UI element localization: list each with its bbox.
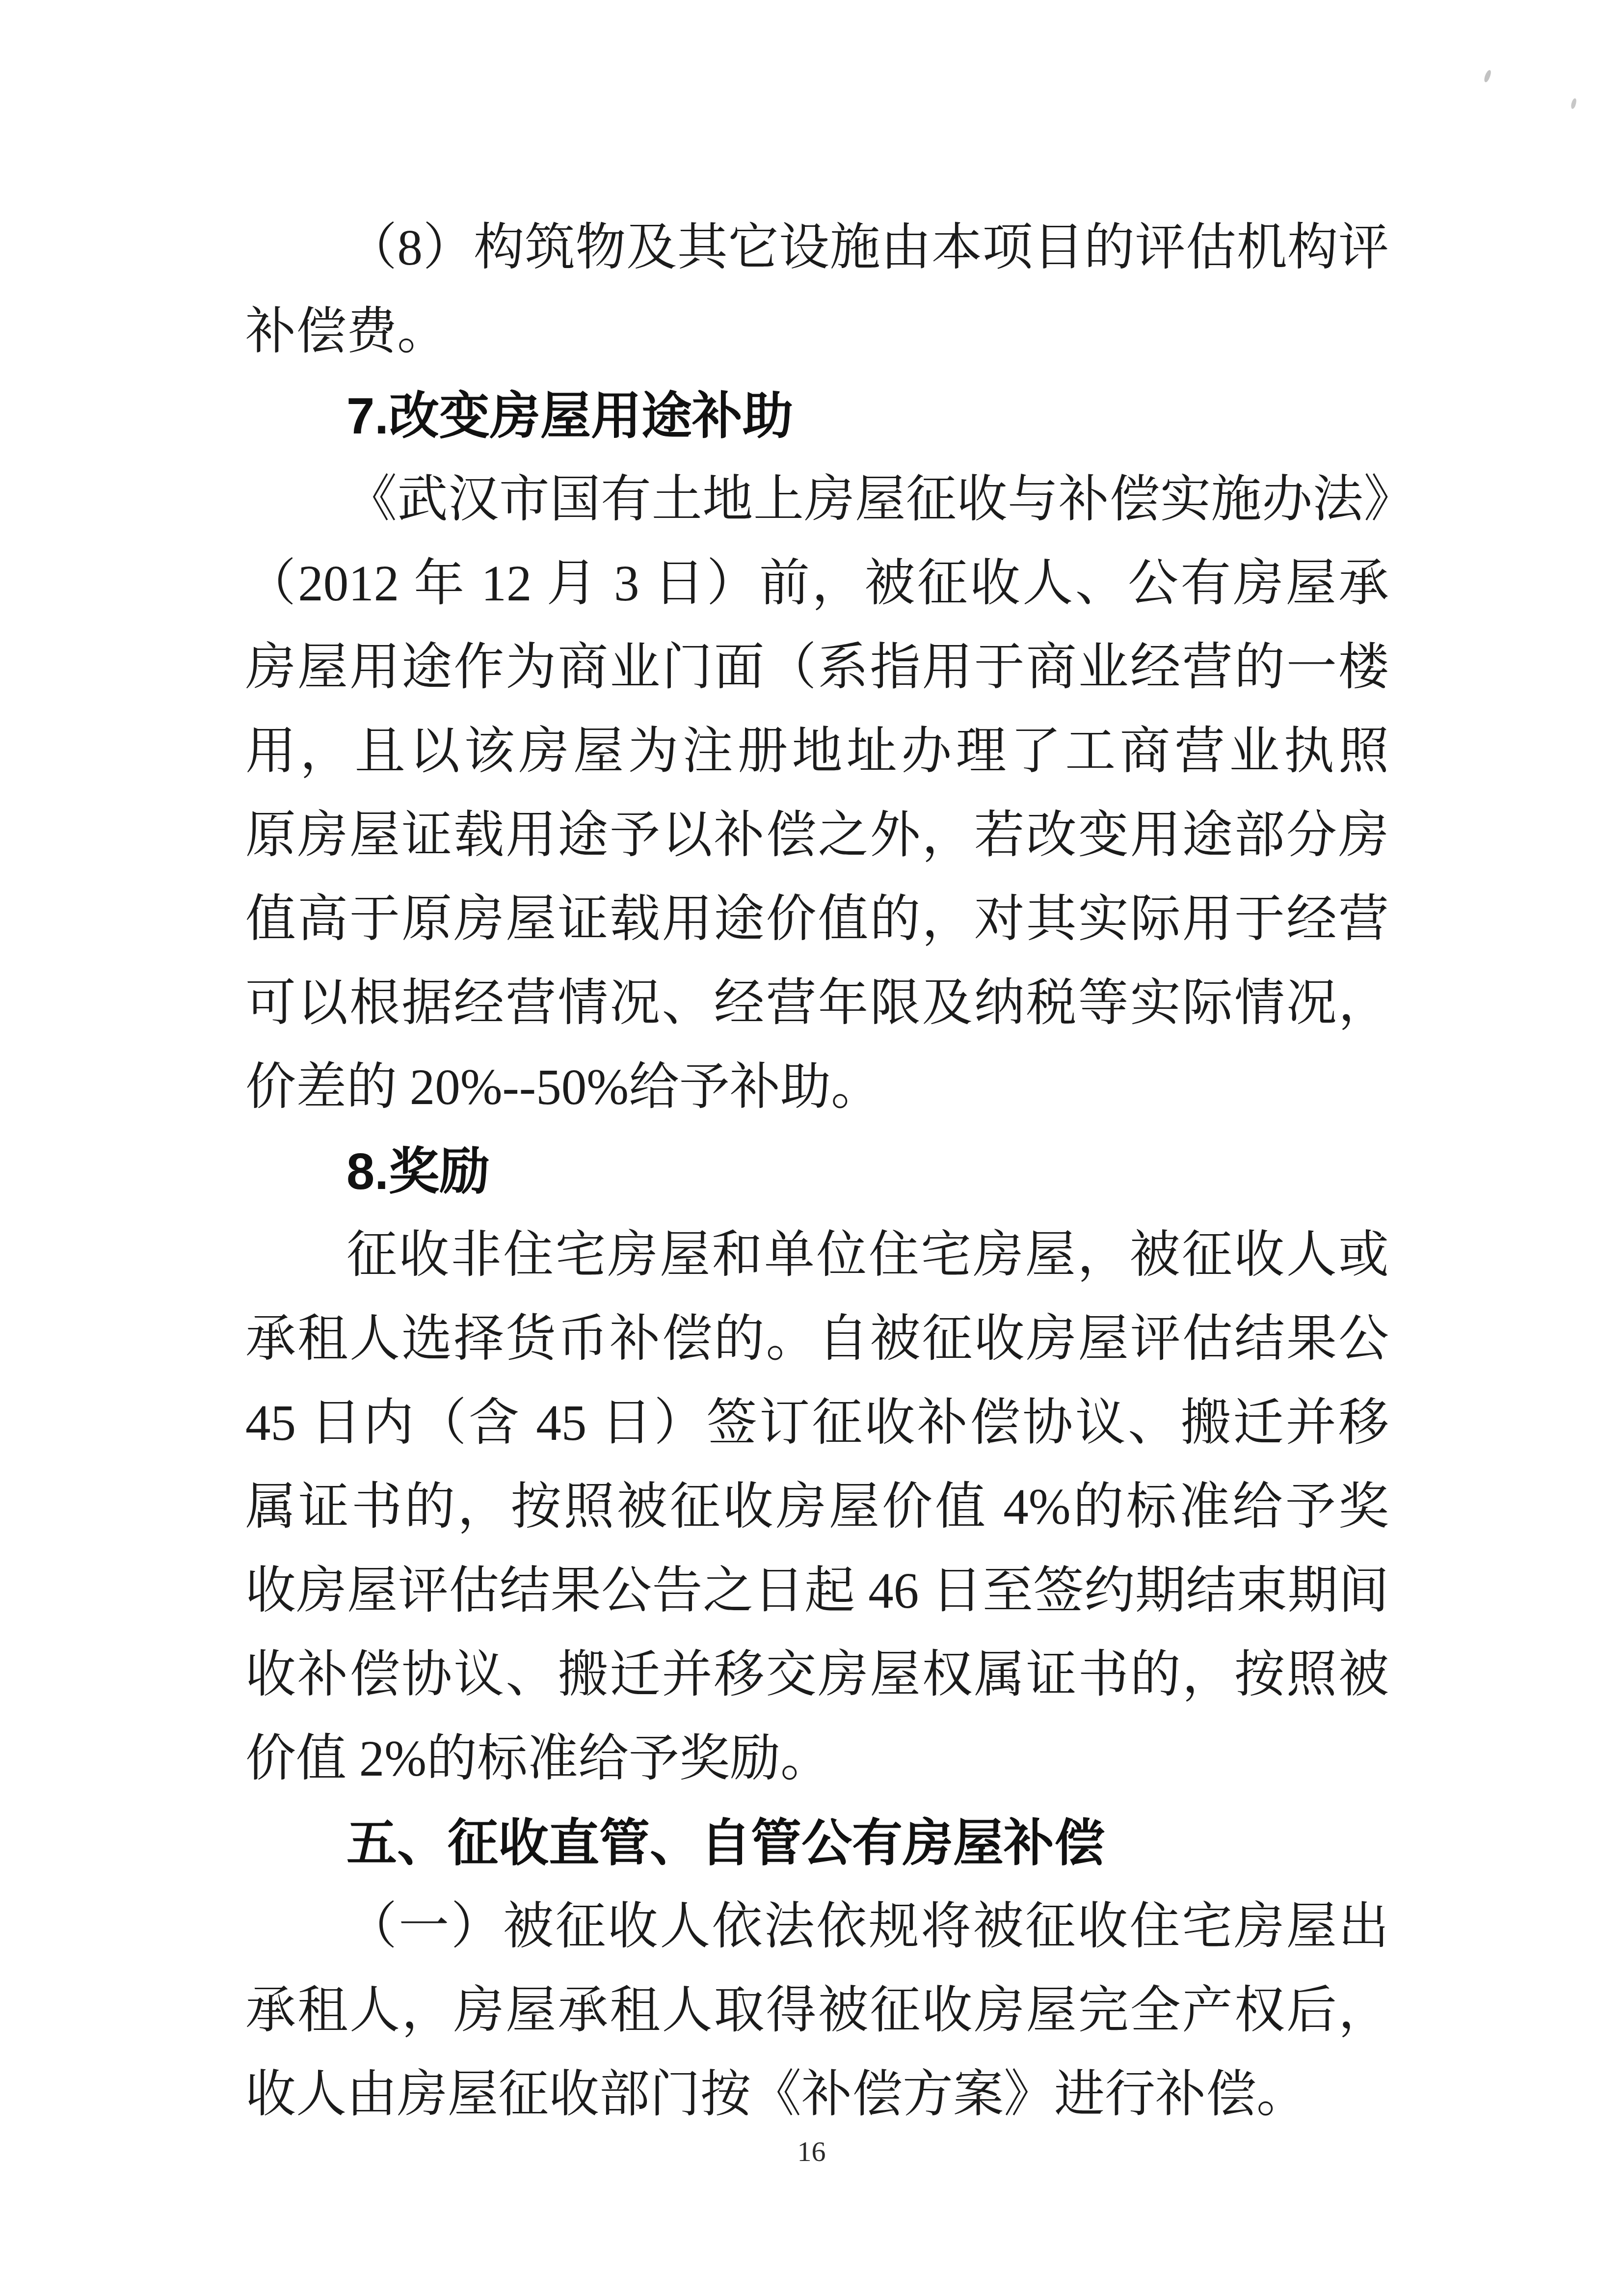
body-text-line: 征收非住宅房屋和单位住宅房屋，被征收人或公有房屋	[245, 1214, 1389, 1297]
body-text-line: （一）被征收人依法依规将被征收住宅房屋出售给房屋	[245, 1885, 1389, 1969]
body-text-line: 补偿费。	[245, 290, 1389, 374]
page-number: 16	[0, 2134, 1623, 2169]
body-text-line: 值高于原房屋证载用途价值的，对其实际用于经营的部分，	[245, 878, 1389, 962]
body-text-line: 承租人，房屋承租人取得被征收房屋完全产权后，作为被征	[245, 1969, 1389, 2053]
body-text-line: 属证书的，按照被征收房屋价值 4%的标准给予奖励；自被征	[245, 1465, 1389, 1549]
heading-line: 五、征收直管、自管公有房屋补偿	[245, 1801, 1389, 1885]
body-text-line: 用，且以该房屋为注册地址办理了工商营业执照的，除按照	[245, 710, 1389, 794]
body-text-line: 承租人选择货币补偿的。自被征收房屋评估结果公告之日起	[245, 1297, 1389, 1381]
heading-line: 8.奖励	[245, 1130, 1389, 1214]
body-text-line: 收补偿协议、搬迁并移交房屋权属证书的，按照被征收房屋	[245, 1633, 1389, 1717]
text-block: （8）构筑物及其它设施由本项目的评估机构评估确定补偿费。7.改变房屋用途补助《武…	[245, 206, 1389, 2137]
body-text-line: 可以根据经营情况、经营年限及纳税等实际情况，按照两者	[245, 962, 1389, 1046]
document-page: （8）构筑物及其它设施由本项目的评估机构评估确定补偿费。7.改变房屋用途补助《武…	[0, 0, 1623, 2296]
body-text-line: 45 日内（含 45 日）签订征收补偿协议、搬迁并移交房屋权	[245, 1381, 1389, 1465]
scan-artifact-1	[1483, 69, 1492, 83]
body-text-line: 收人由房屋征收部门按《补偿方案》进行补偿。	[245, 2053, 1389, 2137]
body-text-line: 房屋用途作为商业门面（系指用于商业经营的一楼门面）使	[245, 626, 1389, 710]
body-text-line: 价差的 20%--50%给予补助。	[245, 1046, 1389, 1130]
body-text-line: 收房屋评估结果公告之日起 46 日至签约期结束期间签订征	[245, 1549, 1389, 1633]
body-text-line: 价值 2%的标准给予奖励。	[245, 1717, 1389, 1801]
body-text-line: 原房屋证载用途予以补偿之外，若改变用途部分房屋实际价	[245, 794, 1389, 878]
body-text-line: （8）构筑物及其它设施由本项目的评估机构评估确定	[245, 206, 1389, 290]
scan-artifact-2	[1570, 98, 1577, 109]
body-text-line: （2012 年 12 月 3 日）前，被征收人、公有房屋承租人改变	[245, 542, 1389, 626]
heading-line: 7.改变房屋用途补助	[245, 374, 1389, 458]
body-text-line: 《武汉市国有土地上房屋征收与补偿实施办法》颁布	[245, 458, 1389, 542]
